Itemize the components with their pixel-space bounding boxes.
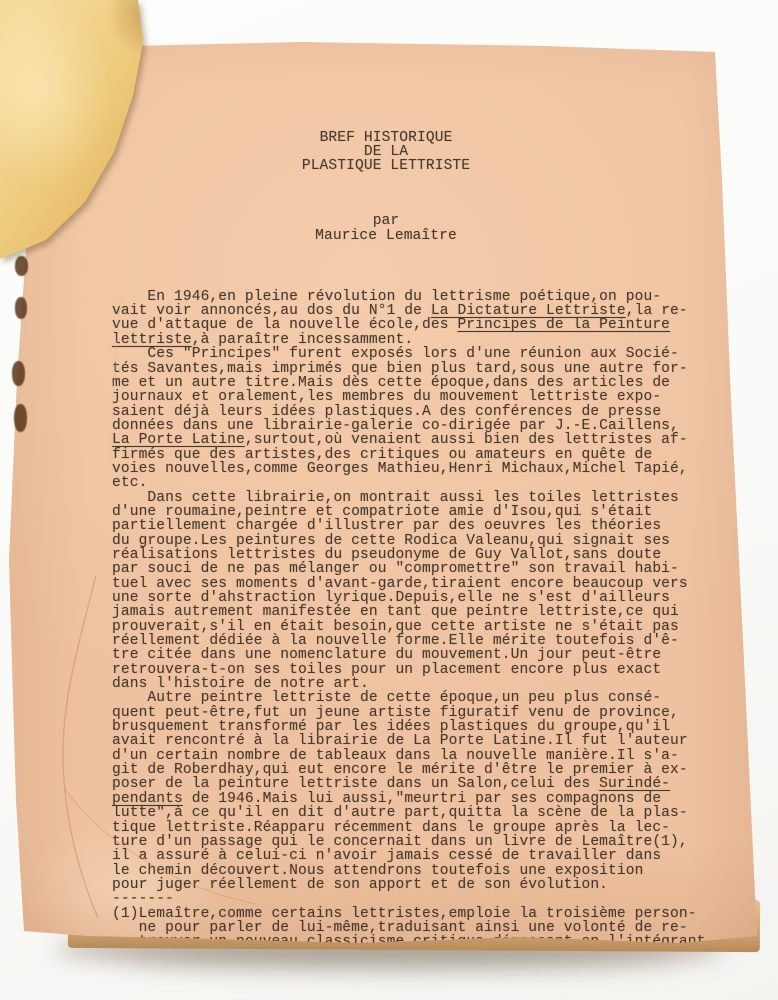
binding-mark <box>12 361 25 386</box>
typed-line: etc. <box>112 476 672 490</box>
typed-line: poser de la peinture lettriste dans un S… <box>112 777 672 791</box>
yellow-cover-corner <box>0 0 175 275</box>
typed-line: ------- <box>112 892 672 906</box>
typed-line: lutte",à ce qu'il en dit d'autre part,qu… <box>112 806 672 820</box>
typed-line: retrouvera-t-on ses toiles pour un place… <box>112 663 672 677</box>
document-byline: parMaurice Lemaître <box>112 210 660 239</box>
typed-line: Autre peintre lettriste de cette époque,… <box>112 691 672 705</box>
typed-line: En 1946,en pleine révolution du lettrism… <box>112 290 672 304</box>
typed-line: saient déjà leurs idées plastiques.A des… <box>112 405 672 419</box>
typed-line: le chemin découvert.Nous attendrons tout… <box>112 864 672 878</box>
typed-line: vue d'attaque de la nouvelle école,des P… <box>112 318 672 332</box>
page-shadow-soft <box>120 948 680 970</box>
typed-line: jamais autrement manifestée en tant que … <box>112 605 672 619</box>
typed-line: Ces "Principes" furent exposés lors d'un… <box>112 347 672 361</box>
typed-line: prouverait,s'il en était besoin,que cett… <box>112 620 672 634</box>
typed-line: d'un certain nombre de tableaux dans la … <box>112 749 672 763</box>
typed-line: il a assuré à celui-ci n'avoir jamais ce… <box>112 849 672 863</box>
typed-line: tre citée dans une nomenclature du mouve… <box>112 648 672 662</box>
typed-line: partiellement chargée d'illustrer par de… <box>112 519 672 533</box>
title-line: BREF HISTORIQUE <box>112 127 660 141</box>
typed-line: quent peut-être,fut un jeune artiste fig… <box>112 706 672 720</box>
typewritten-text: BREF HISTORIQUEDE LAPLASTIQUE LETTRISTE … <box>112 98 672 993</box>
binding-mark <box>15 297 27 319</box>
binding-mark <box>14 404 27 432</box>
typed-line: du groupe.Les peintures de cette Rodica … <box>112 534 672 548</box>
byline-line: Maurice Lemaître <box>112 225 660 239</box>
typed-line: journaux et oralement,les membres du mou… <box>112 390 672 404</box>
typed-line: par souci de ne pas mélanger ou "comprom… <box>112 562 672 576</box>
typed-line: tés Savantes,mais imprimés que bien plus… <box>112 362 672 376</box>
typed-line: lettriste,à paraître incessamment. <box>112 333 672 347</box>
document-photograph: BREF HISTORIQUEDE LAPLASTIQUE LETTRISTE … <box>0 0 778 1000</box>
cover-corner-wrap <box>0 0 175 275</box>
typed-line: La Porte Latine,surtout,où venaient auss… <box>112 433 672 447</box>
typed-line: Dans cette librairie,on montrait aussi l… <box>112 491 672 505</box>
title-line: DE LA <box>112 141 660 155</box>
typed-line: (1)Lemaître,comme certains lettristes,em… <box>112 907 672 921</box>
typed-line: voies nouvelles,comme Georges Mathieu,He… <box>112 462 672 476</box>
typed-line: pendants de 1946.Mais lui aussi,"meurtri… <box>112 792 672 806</box>
document-body: En 1946,en pleine révolution du lettrism… <box>112 290 672 964</box>
title-line: PLASTIQUE LETTRISTE <box>112 155 660 169</box>
typed-line: avait rencontré à la librairie de La Por… <box>112 734 672 748</box>
typed-line: tique lettriste.Réapparu récemment dans … <box>112 821 672 835</box>
typed-line: tuel avec ses moments d'avant-garde,tira… <box>112 577 672 591</box>
byline-line: par <box>112 210 660 224</box>
typed-line: firmés que des artistes,des critiques ou… <box>112 448 672 462</box>
document-title: BREF HISTORIQUEDE LAPLASTIQUE LETTRISTE <box>112 127 660 170</box>
typed-line: pour juger réellement de son apport et d… <box>112 878 672 892</box>
